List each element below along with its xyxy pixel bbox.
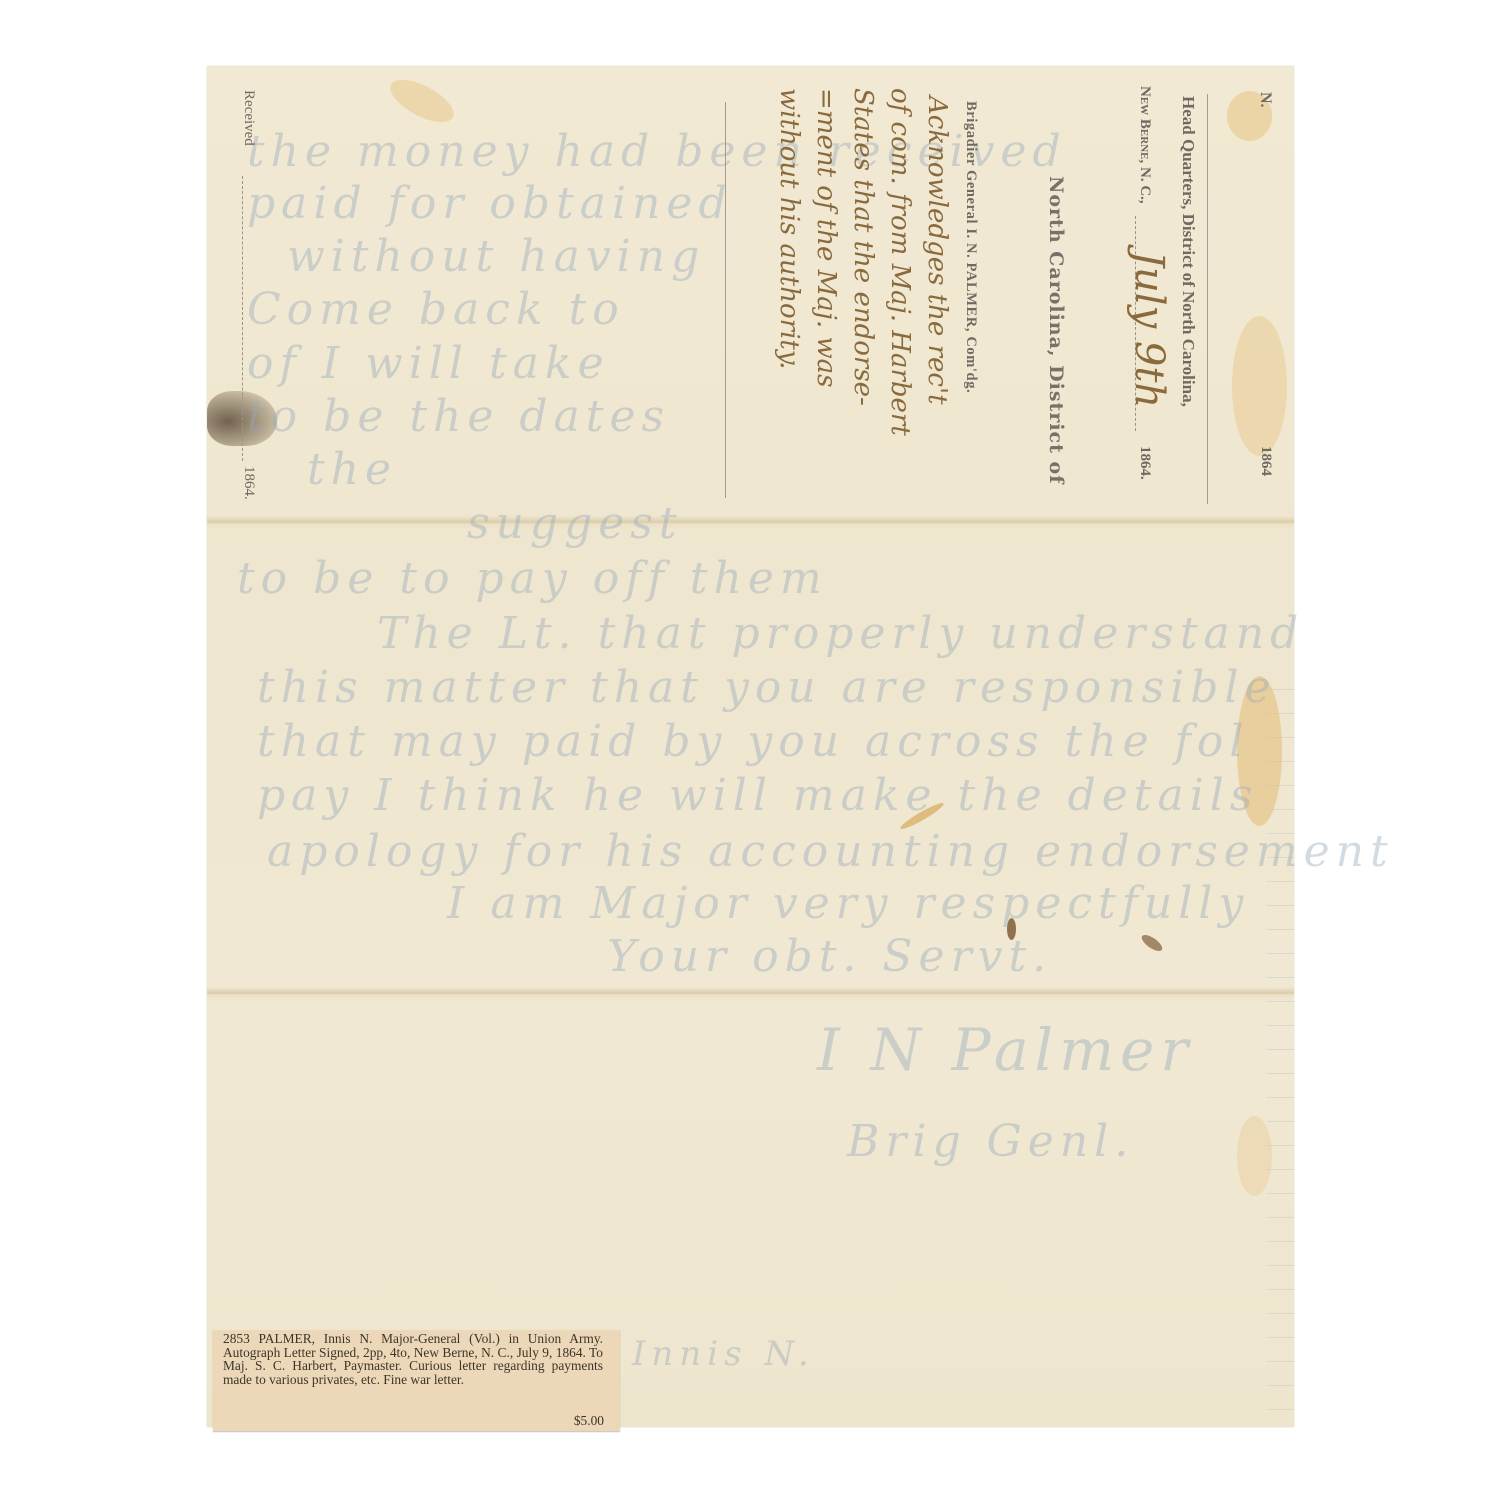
ink-fleck-2	[1139, 932, 1164, 954]
letterhead-year-top: 1864	[1257, 446, 1274, 476]
fold-crease-upper	[207, 516, 1294, 530]
show-through-title: Brig Genl.	[847, 1116, 1134, 1167]
show-through-line: paid for obtained	[247, 178, 733, 229]
letterhead-headquarters: Head Quarters, District of North Carolin…	[1178, 96, 1198, 407]
stain-right-bottom	[1237, 1116, 1272, 1196]
stub-dotted-line	[242, 176, 243, 461]
docket-line: without his authority.	[774, 88, 804, 369]
show-through-line: The Lt. that properly understand	[377, 608, 1304, 659]
show-through-line: without having	[287, 231, 705, 282]
show-through-line: Your obt. Servt.	[607, 931, 1052, 982]
stain-top-left	[384, 71, 460, 130]
show-through-line: I am Major very respectfully	[447, 878, 1249, 929]
show-through-line: Come back to	[247, 284, 625, 335]
stub-received-label: Received	[240, 90, 257, 146]
show-through-line: pay I think he will make the details	[257, 770, 1258, 821]
letter-sheet: the money had been received paid for obt…	[207, 66, 1294, 1427]
letterhead-year: 1864.	[1136, 446, 1153, 480]
docket-line: States that the endorse-	[848, 88, 878, 406]
show-through-line: that may paid by you across the fol	[257, 716, 1249, 767]
clipping-price: $5.00	[574, 1413, 604, 1429]
letterhead-commander: Brigadier General I. N. PALMER, Com'dg.	[962, 101, 979, 393]
show-through-line: this matter that you are responsible	[257, 662, 1277, 713]
docket-line: of com. from Maj. Harbert	[885, 88, 915, 436]
fold-crease-lower	[207, 987, 1294, 1001]
letterhead-district-line: North Carolina, District of	[1045, 176, 1067, 484]
letterhead-rule-left	[725, 102, 726, 498]
stain-right-mid	[1232, 316, 1287, 456]
docket-line: =ment of the Maj. was	[811, 88, 841, 387]
letterhead-rule-right	[1207, 94, 1208, 504]
show-through-signature: I N Palmer	[817, 1016, 1194, 1084]
letterhead-handwritten-date: July 9th	[1126, 251, 1172, 408]
show-through-name: Innis N.	[632, 1334, 815, 1374]
stub-year: 1864.	[240, 466, 257, 500]
show-through-line: suggest	[467, 498, 683, 549]
letterhead-place: New Berne, N. C.,	[1136, 86, 1153, 204]
show-through-line: of I will take	[247, 338, 610, 389]
clipping-description: 2853 PALMER, Innis N. Major-General (Vol…	[223, 1332, 603, 1386]
show-through-line: apology for his accounting endorsement	[267, 826, 1394, 877]
letterhead-number-label: N.	[1256, 92, 1274, 108]
catalog-clipping: 2853 PALMER, Innis N. Major-General (Vol…	[213, 1330, 620, 1431]
docket-line: Acknowledges the rec't	[922, 96, 952, 405]
show-through-line: the	[307, 444, 397, 495]
show-through-line: to be the dates	[247, 391, 670, 442]
show-through-line: to be to pay off them	[237, 553, 828, 604]
